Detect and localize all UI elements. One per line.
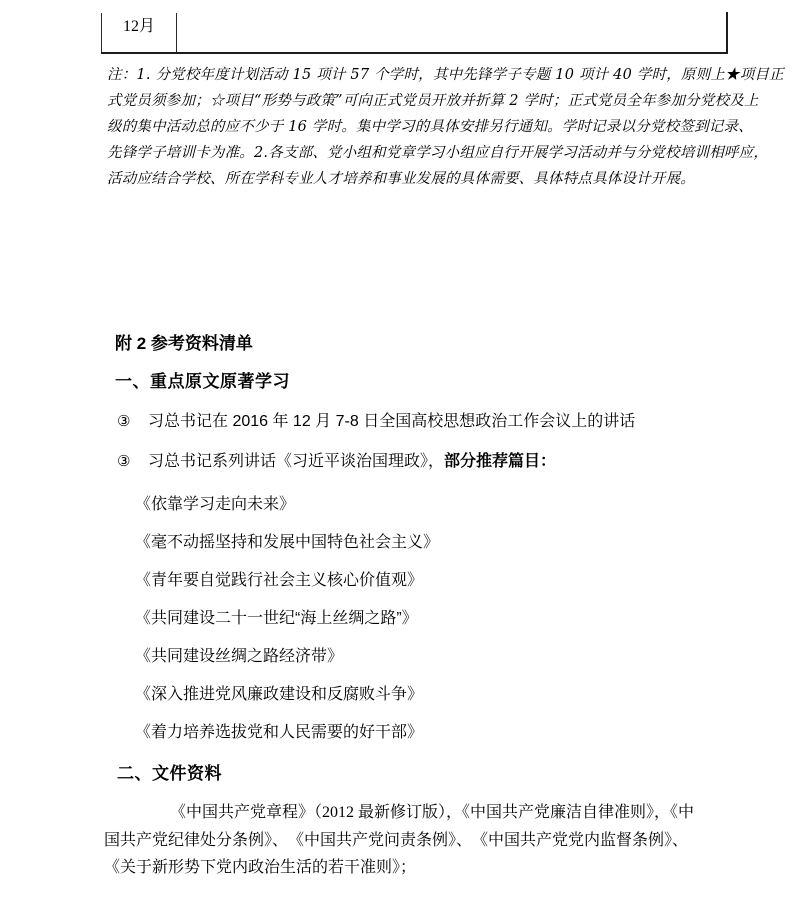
- note-line: 活动应结合学校、所在学科专业人才培养和事业发展的具体需要、具体特点具体设计开展。: [107, 168, 695, 190]
- item-text: 习总书记在 2016 年 12 月 7-8 日全国高校思想政治工作会议上的讲话: [148, 413, 635, 430]
- documents-line: 国共产党纪律处分条例》、 《中国共产党问责条例》、 《中国共产党党内监督条例》、: [104, 827, 688, 850]
- section-study-title: 一、重点原文原著学习: [115, 367, 290, 392]
- item-bullet: ③: [117, 412, 148, 431]
- book-title: 《依靠学习走向未来》: [135, 491, 295, 514]
- appendix-title: 附 2 参考资料清单: [115, 329, 253, 354]
- item-bullet: ③: [117, 452, 148, 471]
- table-content-cell: [177, 13, 728, 52]
- item-text: 习总书记系列讲话《习近平谈治国理政》，: [148, 453, 444, 470]
- documents-line: 《中国共产党章程》（2012 最新修订版），《中国共产党廉洁自律准则》，《中: [170, 799, 694, 822]
- book-title: 《共同建设二十一世纪“海上丝绸之路”》: [135, 605, 418, 628]
- item-bold-text: 部分推荐篇目：: [444, 453, 556, 470]
- book-title: 《毫不动摇坚持和发展中国特色社会主义》: [135, 529, 439, 552]
- book-title: 《深入推进党风廉政建设和反腐败斗争》: [135, 681, 423, 704]
- note-line: 先锋学子培训卡为准。2.各支部、党小组和党章学习小组应自行开展学习活动并与分党校…: [107, 142, 768, 164]
- schedule-table-fragment: 12月: [101, 0, 728, 54]
- table-month-cell: 12月: [101, 17, 177, 37]
- study-item: ③习总书记系列讲话《习近平谈治国理政》，部分推荐篇目：: [117, 448, 556, 471]
- section-documents-title: 二、文件资料: [117, 759, 222, 784]
- note-line: 注：1. 分党校年度计划活动 15 项计 57 个学时，其中先锋学子专题 10 …: [107, 64, 784, 86]
- document-page: 12月 注：1. 分党校年度计划活动 15 项计 57 个学时，其中先锋学子专题…: [0, 0, 797, 897]
- book-title: 《青年要自觉践行社会主义核心价值观》: [135, 567, 423, 590]
- note-line: 级的集中活动总的应不少于 16 学时。集中学习的具体安排另行通知。学时记录以分党…: [107, 116, 753, 138]
- table-bottom-border: [101, 52, 728, 54]
- book-title: 《共同建设丝绸之路经济带》: [135, 643, 343, 666]
- study-item: ③习总书记在 2016 年 12 月 7-8 日全国高校思想政治工作会议上的讲话: [117, 408, 635, 431]
- book-title: 《着力培养选拔党和人民需要的好干部》: [135, 719, 423, 742]
- documents-line: 《关于新形势下党内政治生活的若干准则》；: [104, 854, 416, 877]
- note-line: 式党员须参加；☆项目“形势与政策”可向正式党员开放并折算 2 学时；正式党员全年…: [107, 90, 759, 112]
